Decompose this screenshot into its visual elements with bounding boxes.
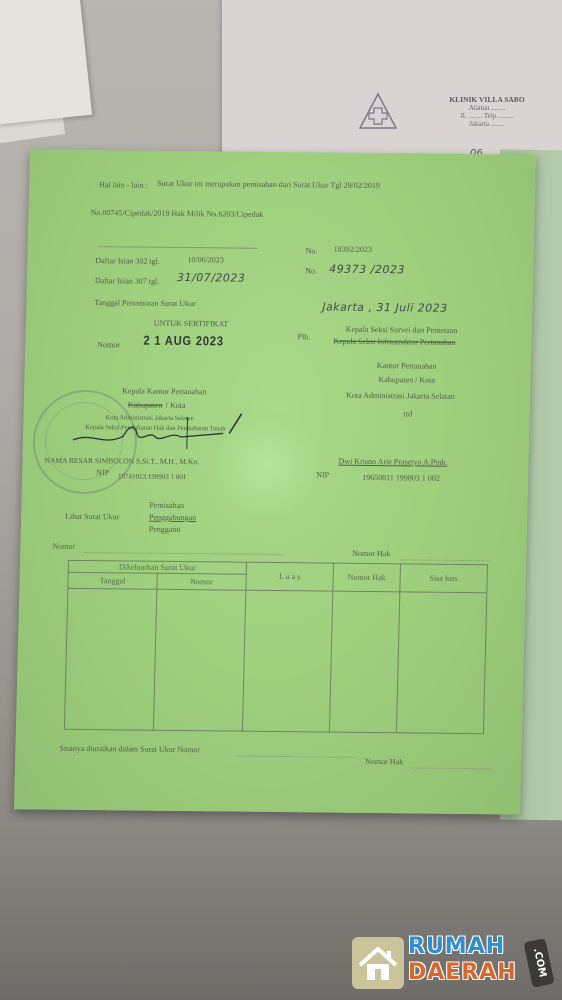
option-pengganti: Pengganti	[149, 525, 181, 534]
no-302-label: No.	[306, 246, 318, 255]
footer-nomor-hak-label: Nomor Hak	[365, 757, 403, 766]
rumahdaerah-logo: RUMAH DAERAH .COM	[352, 936, 552, 992]
logo-text-daerah: DAERAH	[408, 960, 517, 985]
left-title-2-struck: Kabupaten	[128, 400, 163, 409]
logo-house-badge	[352, 937, 404, 989]
sisa-line	[237, 756, 357, 758]
nomor-line	[84, 552, 284, 555]
surat-ukur-page: Hal lain - lain : Surat Ukur ini merupak…	[14, 149, 536, 814]
table-row	[64, 588, 486, 733]
nomor-hak-line	[400, 559, 490, 561]
left-signatory-name: NAMA BESAR SIMBOLON S.Si.T., M.H., M.Kn.	[44, 456, 199, 467]
left-nip-label: NIP	[96, 468, 109, 477]
logo-com-badge: .COM	[523, 938, 554, 988]
col-luas: L u a s	[246, 562, 334, 591]
reference-line2: No.00745/Cipedak/2019 Hak Milik No.6203/…	[90, 208, 263, 219]
footer-nomor-hak-line	[411, 767, 491, 769]
clinic-line: Jl. ........ Telp. ........	[432, 112, 542, 120]
daftar-isian-302-value: 10/06/2023	[187, 255, 224, 264]
clinic-letterhead: KLINIK VILLA SABO Alamat ........ Jl. ..…	[432, 96, 542, 128]
right-signatory-name: Dwi Krisno Arie Prasetyo A.Ptnh.	[338, 457, 447, 467]
separator	[98, 246, 258, 249]
daftar-isian-307-label: Daftar Isian 307 tgl.	[95, 276, 160, 286]
clinic-name: KLINIK VILLA SABO	[432, 96, 542, 104]
col-nomor: Nomor	[157, 573, 246, 590]
ttd-label: ttd	[404, 409, 413, 418]
clinic-line: Alamat ........	[432, 104, 542, 112]
clinic-line: Jakarta ........	[432, 120, 542, 128]
no-307-value: 49373 /2023	[329, 263, 405, 277]
right-nip-value: 19650811 199803 1 002	[362, 473, 440, 483]
right-title-3: Kantor Pertanahan	[377, 361, 437, 371]
surat-ukur-table: Dikeluarkan Surat Ukur L u a s Nomor Hak…	[64, 560, 488, 734]
signature	[63, 412, 254, 454]
clinic-letter	[222, 0, 562, 165]
daftar-isian-302-label: Daftar Isian 302 tgl.	[95, 256, 160, 266]
right-title-1: Kepala Seksi Survei dan Pemetaan	[346, 325, 458, 335]
right-title-2: Kepala Seksi Infrastruktur Pertanahan	[333, 337, 455, 347]
no-302-value: 18392/2023	[334, 245, 372, 254]
col-tanggal: Tanggal	[68, 572, 157, 589]
option-pemisahan: Pemisahan	[149, 501, 184, 510]
lihat-surat-ukur-label: Lihat Surat Ukur	[65, 512, 119, 522]
stamp-date: 2 1 AUG 2023	[143, 333, 224, 349]
background-paper	[0, 0, 92, 125]
logo-text-rumah: RUMAH	[408, 934, 505, 959]
daftar-isian-307-value: 31/07/2023	[177, 271, 246, 285]
right-title-4: Kabupaten / Kota	[378, 375, 435, 385]
col-sisa-luas: Sisa luas	[400, 564, 488, 593]
nomor-prefix: Nomor	[97, 340, 120, 349]
left-title-1: Kepala Kantor Pertanahan	[122, 386, 207, 396]
no-307-label: No.	[305, 266, 317, 275]
tanggal-penomoran-label: Tanggal Penomoran Surat Ukur	[94, 298, 196, 308]
reference-line1: Surat Ukur ini merupakan pemisahan dari …	[157, 179, 380, 190]
left-nip-value: 19741013 199903 1 001	[118, 472, 186, 481]
nomor-label: Nomor	[52, 542, 75, 551]
plh-label: Plh.	[297, 332, 310, 341]
house-icon	[352, 937, 404, 989]
nomor-hak-label: Nomor Hak	[352, 549, 390, 558]
place-date: Jakarta , 31 Juli 2023	[322, 300, 448, 314]
reference-label: Hal lain - lain :	[99, 180, 148, 190]
sisa-label: Sisanya diuraikan dalam Surat Ukur Nomor	[59, 744, 200, 754]
untuk-sertifikat-heading: UNTUK SERTIFIKAT	[154, 319, 229, 329]
right-nip-label: NIP	[316, 470, 329, 479]
option-penggabungan: Penggabungan	[149, 513, 196, 522]
col-nomor-hak: Nomor Hak	[333, 563, 401, 592]
right-title-5: Kota Administrasi Jakarta Selatan	[346, 391, 455, 401]
left-title-2: / Kota	[166, 401, 186, 410]
clinic-triangle-cross-icon	[358, 92, 398, 130]
